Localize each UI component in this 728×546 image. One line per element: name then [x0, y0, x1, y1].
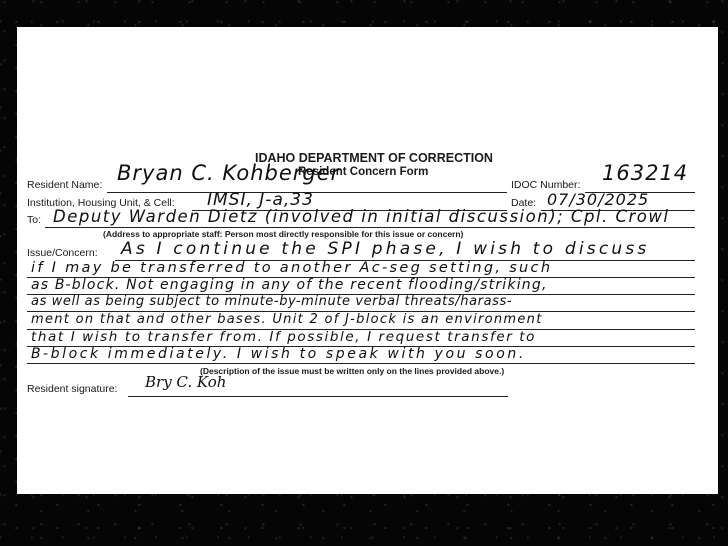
- issue-text-line: that I wish to transfer from. If possibl…: [31, 329, 536, 345]
- to-value: Deputy Warden Dietz (involved in initial…: [53, 207, 669, 226]
- address-note: (Address to appropriate staff: Person mo…: [103, 229, 463, 239]
- issue-text-line: B-block immediately. I wish to speak wit…: [31, 346, 526, 362]
- issue-text-line: ment on that and other bases. Unit 2 of …: [31, 312, 543, 327]
- issue-text-line: As I continue the SPI phase, I wish to d…: [121, 239, 649, 259]
- issue-line-7: [27, 363, 695, 364]
- description-note: (Description of the issue must be writte…: [200, 366, 504, 376]
- issue-label: Issue/Concern:: [27, 247, 98, 259]
- resident-concern-form: IDAHO DEPARTMENT OF CORRECTION Resident …: [17, 27, 718, 494]
- issue-text-line: as well as being subject to minute-by-mi…: [31, 294, 512, 309]
- idoc-number-value: 163214: [602, 161, 688, 185]
- to-line: [45, 227, 695, 228]
- signature-line: [128, 396, 508, 397]
- resident-name-label: Resident Name:: [27, 179, 102, 191]
- signature-value: Bry C. Koh: [145, 373, 226, 391]
- to-label: To:: [27, 214, 41, 226]
- resident-name-value: Bryan C. Kohberger: [117, 161, 340, 185]
- issue-text-line: as B-block. Not engaging in any of the r…: [31, 277, 548, 293]
- signature-label: Resident signature:: [27, 383, 117, 395]
- issue-text-line: if I may be transferred to another Ac-se…: [31, 260, 552, 276]
